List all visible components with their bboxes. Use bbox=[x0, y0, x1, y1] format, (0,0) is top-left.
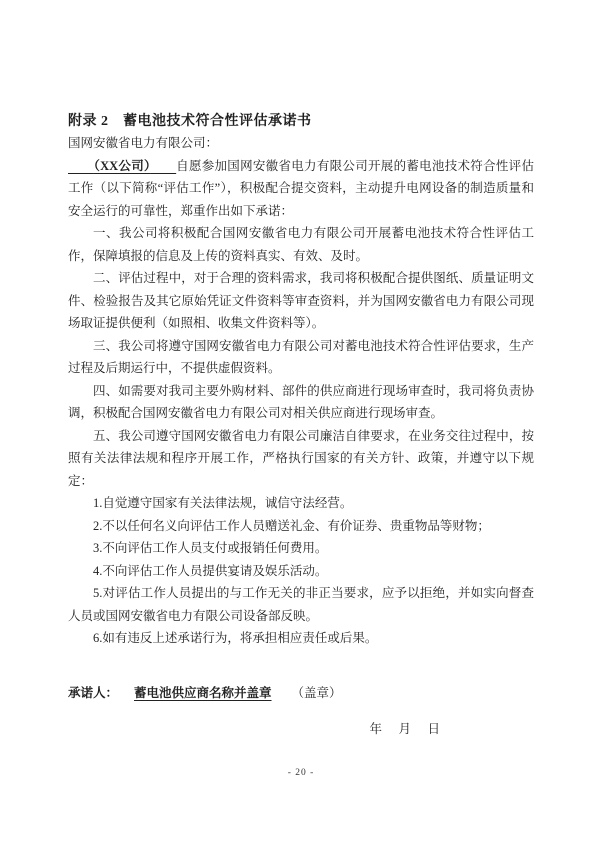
sub-clause-6: 6.如有违反上述承诺行为，将承担相应责任或后果。 bbox=[68, 627, 534, 650]
date-line: 年 月 日 bbox=[68, 718, 534, 741]
blank-underline-right bbox=[151, 159, 177, 173]
document-page: 附录 2 蓄电池技术符合性评估承诺书 国网安徽省电力有限公司： （XX公司） 自… bbox=[0, 0, 600, 849]
signature-value: 蓄电池供应商名称并盖章 bbox=[134, 686, 272, 700]
sub-clause-1: 1.自觉遵守国家有关法律法规，诚信守法经营。 bbox=[68, 492, 534, 515]
sub-clause-3: 3.不向评估工作人员支付或报销任何费用。 bbox=[68, 537, 534, 560]
seal-note: （盖章） bbox=[292, 686, 342, 700]
sub-clause-2: 2.不以任何名义向评估工作人员赠送礼金、有价证券、贵重物品等财物； bbox=[68, 515, 534, 538]
sub-clause-4: 4.不向评估工作人员提供宴请及娱乐活动。 bbox=[68, 560, 534, 583]
company-placeholder: （XX公司） bbox=[94, 159, 151, 173]
clause-3: 三、我公司将遵守国网安徽省电力有限公司对蓄电池技术符合性评估要求，生产过程及后期… bbox=[68, 335, 534, 380]
clause-4: 四、如需要对我司主要外购材料、部件的供应商进行现场审查时，我司将负责协调，积极配… bbox=[68, 380, 534, 425]
blank-underline-left bbox=[68, 159, 94, 173]
signature-line: 承诺人：蓄电池供应商名称并盖章（盖章） bbox=[68, 682, 534, 705]
signature-label: 承诺人： bbox=[68, 686, 118, 700]
clause-1: 一、我公司将积极配合国网安徽省电力有限公司开展蓄电池技术符合性评估工作，保障填报… bbox=[68, 222, 534, 267]
sub-clause-5: 5.对评估工作人员提出的与工作无关的非正当要求，应予以拒绝，并如实向督查人员或国… bbox=[68, 582, 534, 627]
clause-2: 二、评估过程中，对于合理的资料需求，我司将积极配合提供图纸、质量证明文件、检验报… bbox=[68, 267, 534, 335]
intro-paragraph: （XX公司） 自愿参加国网安徽省电力有限公司开展的蓄电池技术符合性评估工作（以下… bbox=[68, 155, 534, 223]
page-title: 附录 2 蓄电池技术符合性评估承诺书 bbox=[68, 0, 534, 132]
salutation: 国网安徽省电力有限公司： bbox=[68, 132, 534, 155]
page-number: - 20 - bbox=[68, 767, 534, 779]
clause-5: 五、我公司遵守国网安徽省电力有限公司廉洁自律要求，在业务交往过程中，按照有关法律… bbox=[68, 425, 534, 493]
